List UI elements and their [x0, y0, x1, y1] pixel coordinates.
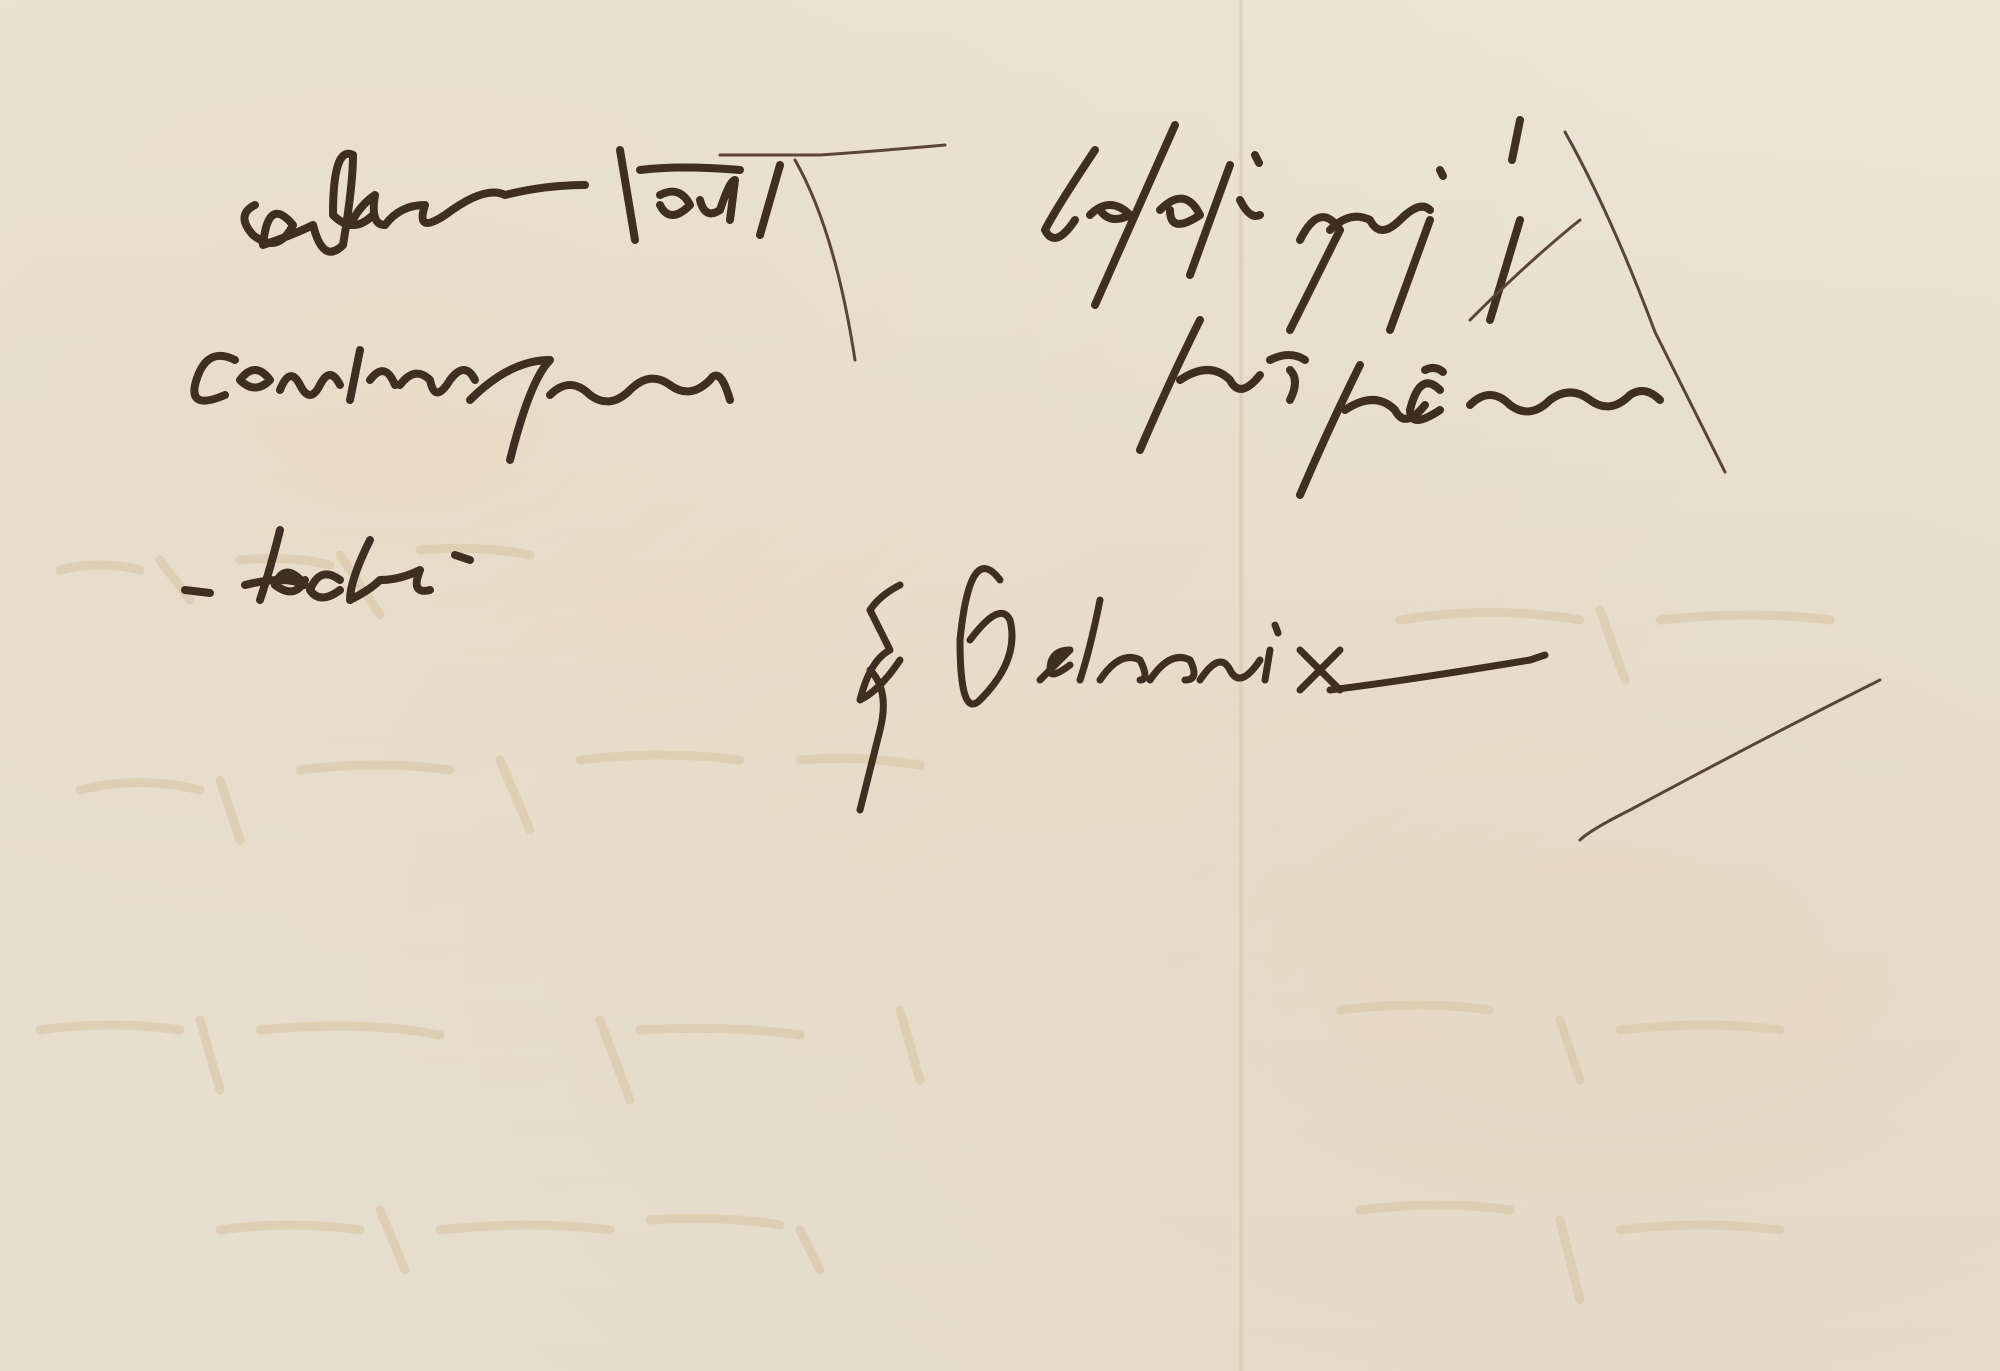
signature-ink [860, 569, 1545, 810]
letter-page: te dire tout le plaisir que j'y aurai. R… [0, 0, 2000, 1371]
line-2-word-sinceres [1300, 365, 1660, 495]
line-3-ink [185, 530, 470, 600]
cancel-mark-right-stroke [1470, 132, 1725, 472]
line-2-word-tres [1140, 320, 1305, 450]
cancel-mark-left-stroke [720, 145, 945, 360]
line-2-ink [194, 350, 730, 460]
handwritten-ink [0, 0, 2000, 1371]
signature-flourish-tail [1580, 680, 1880, 840]
line-1-word-que-jy [1290, 120, 1520, 330]
line-1-word-le-plaisir [1045, 125, 1260, 305]
line-1-ink [244, 150, 780, 252]
